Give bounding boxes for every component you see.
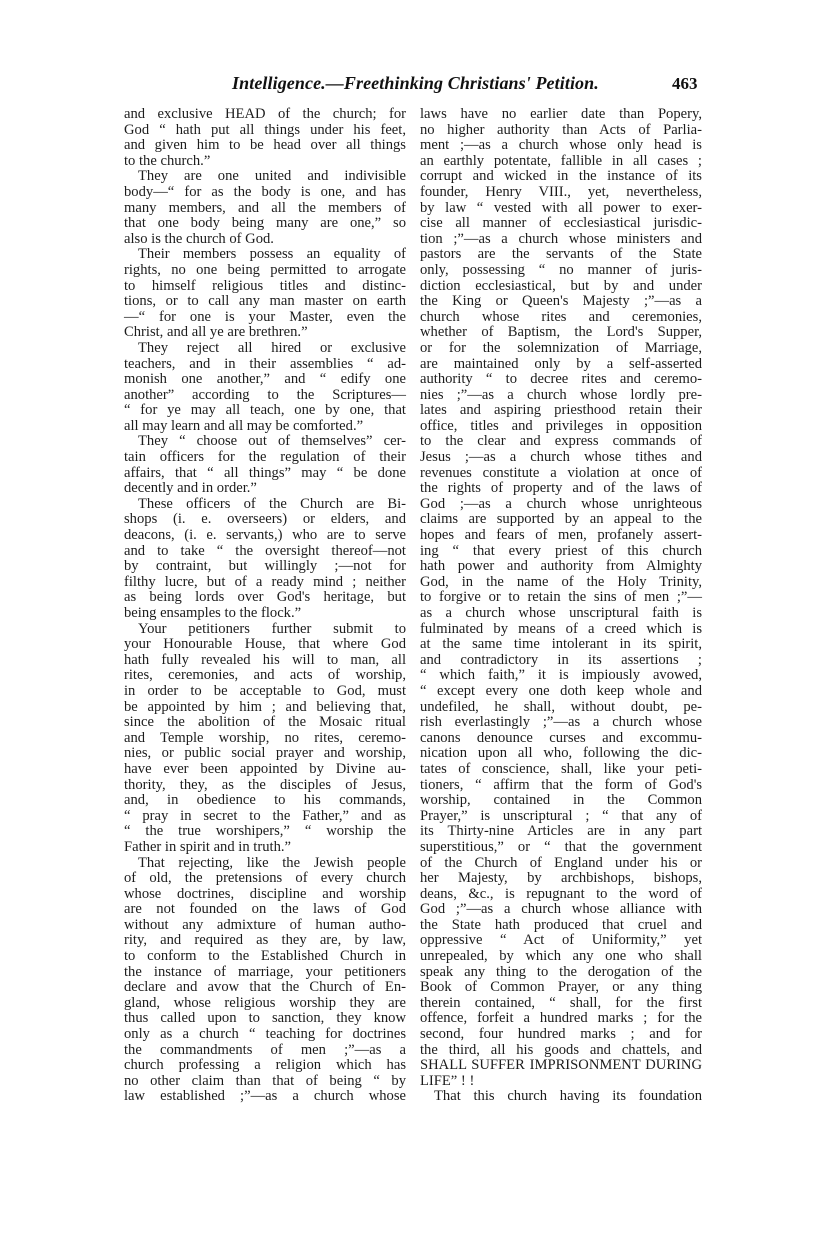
text-line: cise all manner of ecclesiastical jurisd… [420, 216, 702, 232]
text-line: Father in spirit and in truth.” [124, 840, 406, 856]
text-line: to himself religious titles and distinc- [124, 279, 406, 295]
text-line: They “ choose out of themselves” cer- [124, 434, 406, 450]
text-line: teachers, and in their assemblies “ ad- [124, 357, 406, 373]
text-line: That rejecting, like the Jewish people [124, 856, 406, 872]
text-line: body—“ for as the body is one, and has [124, 185, 406, 201]
text-line: thus called upon to sanction, they know [124, 1011, 406, 1027]
scanned-page: Intelligence.—Freethinking Christians' P… [0, 0, 825, 1240]
text-line: nication upon all who, following the dic… [420, 746, 702, 762]
text-line: undefiled, he shall, without doubt, pe- [420, 700, 702, 716]
running-title: Intelligence.—Freethinking Christians' P… [232, 73, 599, 94]
text-line: pastors are the servants of the State [420, 247, 702, 263]
text-line: revenues constitute a violation at once … [420, 466, 702, 482]
text-line: church professing a religion which has [124, 1058, 406, 1074]
text-line: They are one united and indivisible [124, 169, 406, 185]
text-line: tain officers for the regulation of thei… [124, 450, 406, 466]
text-line: tates of conscience, shall, like your pe… [420, 762, 702, 778]
text-line: “ except every one doth keep whole and [420, 684, 702, 700]
text-line: of old, the pretensions of every church [124, 871, 406, 887]
text-line: deacons, (i. e. servants,) who are to se… [124, 528, 406, 544]
text-line: That this church having its foundation [420, 1089, 702, 1105]
text-line: tioners, “ affirm that the form of God's [420, 778, 702, 794]
text-line: hath power and authority from Almighty [420, 559, 702, 575]
text-line: nies, or public social prayer and worshi… [124, 746, 406, 762]
text-line: also is the church of God. [124, 232, 406, 248]
text-line: law established ;”—as a church whose [124, 1089, 406, 1105]
text-line: and contradictory in its assertions ; [420, 653, 702, 669]
text-line: to conform to the Established Church in [124, 949, 406, 965]
text-line: and, in obedience to his commands, [124, 793, 406, 809]
text-line: as being lords over God's heritage, but [124, 590, 406, 606]
text-line: rity, and required as they are, by law, [124, 933, 406, 949]
text-line: only as a church “ teaching for doctrine… [124, 1027, 406, 1043]
text-line: “ which faith,” it is impiously avowed, [420, 668, 702, 684]
text-line: only, possessing “ no manner of juris- [420, 263, 702, 279]
text-line: decently and in order.” [124, 481, 406, 497]
text-line: Their members possess an equality of [124, 247, 406, 263]
text-line: affairs, that “ all things” may “ be don… [124, 466, 406, 482]
text-line: and given him to be head over all things [124, 138, 406, 154]
text-line: your Honourable House, that where God [124, 637, 406, 653]
text-line: LIFE” ! ! [420, 1074, 702, 1090]
text-line: whose doctrines, discipline and worship [124, 887, 406, 903]
text-line: another” according to the Scriptures— [124, 388, 406, 404]
text-line: to forgive or to retain the sins of men … [420, 590, 702, 606]
text-line: tion ;”—as a church whose ministers and [420, 232, 702, 248]
text-line: SHALL SUFFER IMPRISONMENT DURING [420, 1058, 702, 1074]
text-line: canons denounce curses and excommu- [420, 731, 702, 747]
text-line: and exclusive HEAD of the church; for [124, 107, 406, 123]
text-line: the rights of property and of the laws o… [420, 481, 702, 497]
text-line: have ever been appointed by Divine au- [124, 762, 406, 778]
text-line: no higher authority than Acts of Parlia- [420, 123, 702, 139]
text-line: the commandments of men ;”—as a [124, 1043, 406, 1059]
text-line: are maintained only by a self-asserted [420, 357, 702, 373]
text-line: without any admixture of human autho- [124, 918, 406, 934]
text-line: Your petitioners further submit to [124, 622, 406, 638]
text-line: Book of Common Prayer, or any thing [420, 980, 702, 996]
text-line: “ the true worshipers,” “ worship the [124, 824, 406, 840]
text-line: lates and aspiring priesthood retain the… [420, 403, 702, 419]
text-line: of the Church of England under his or [420, 856, 702, 872]
text-line: diction ecclesiastical, but by and under [420, 279, 702, 295]
text-line: all may learn and all may be comforted.” [124, 419, 406, 435]
text-line: by contraint, but willingly ;—not for [124, 559, 406, 575]
text-line: by law “ vested with all power to exer- [420, 201, 702, 217]
text-line: as a church whose unscriptural faith is [420, 606, 702, 622]
text-line: God ;—as a church whose unrighteous [420, 497, 702, 513]
text-line: unrepealed, by which any one who shall [420, 949, 702, 965]
text-line: fulminated by means of a creed which is [420, 622, 702, 638]
text-line: and to take “ the oversight thereof—not [124, 544, 406, 560]
text-line: They reject all hired or exclusive [124, 341, 406, 357]
text-line: Prayer,” is unscriptural ; “ that any of [420, 809, 702, 825]
text-line: an earthly potentate, fallible in all ca… [420, 154, 702, 170]
text-line: are not founded on the laws of God [124, 902, 406, 918]
text-line: Christ, and all ye are brethren.” [124, 325, 406, 341]
text-line: —“ for one is your Master, even the [124, 310, 406, 326]
text-line: filthy lucre, but of a ready mind ; neit… [124, 575, 406, 591]
text-line: tions, or to call any man master on eart… [124, 294, 406, 310]
text-line: gland, whose religious worship they are [124, 996, 406, 1012]
text-line: second, four hundred marks ; and for [420, 1027, 702, 1043]
text-line: monish one another,” and “ edify one [124, 372, 406, 388]
text-line: declare and avow that the Church of En- [124, 980, 406, 996]
text-line: laws have no earlier date than Popery, [420, 107, 702, 123]
text-line: rights, no one being permitted to arroga… [124, 263, 406, 279]
text-line: and Temple worship, no rites, ceremo- [124, 731, 406, 747]
text-line: God ;”—as a church whose alliance with [420, 902, 702, 918]
text-line: nies ;”—as a church whose lordly pre- [420, 388, 702, 404]
text-line: hopes and fears of men, profanely assert… [420, 528, 702, 544]
text-line: to the clear and express commands of [420, 434, 702, 450]
text-line: thority, they, as the disciples of Jesus… [124, 778, 406, 794]
text-line: Jesus ;—as a church whose tithes and [420, 450, 702, 466]
text-line: to the church.” [124, 154, 406, 170]
text-line: rish everlastingly ;”—as a church whose [420, 715, 702, 731]
text-line: worship, contained in the Common [420, 793, 702, 809]
text-line: being ensamples to the flock.” [124, 606, 406, 622]
text-line: whether of Baptism, the Lord's Supper, [420, 325, 702, 341]
text-line: God, in the name of the Holy Trinity, [420, 575, 702, 591]
text-line: hath fully revealed his will to man, all [124, 653, 406, 669]
text-line: speak any thing to the derogation of the [420, 965, 702, 981]
text-line: her Majesty, by archbishops, bishops, [420, 871, 702, 887]
left-column: and exclusive HEAD of the church; forGod… [124, 107, 406, 1105]
text-line: “ for ye may all teach, one by one, that [124, 403, 406, 419]
text-line: that one body being many are one,” so [124, 216, 406, 232]
text-line: authority “ to decree rites and ceremo- [420, 372, 702, 388]
text-line: shops (i. e. overseers) or elders, and [124, 512, 406, 528]
text-line: at the same time intolerant in its spiri… [420, 637, 702, 653]
text-line: corrupt and wicked in the instance of it… [420, 169, 702, 185]
text-line: ing “ that every priest of this church [420, 544, 702, 560]
text-line: ment ;—as a church whose only head is [420, 138, 702, 154]
text-line: church whose rites and ceremonies, [420, 310, 702, 326]
page-number: 463 [672, 74, 698, 94]
text-line: offence, forfeit a hundred marks ; for t… [420, 1011, 702, 1027]
text-line: “ pray in secret to the Father,” and as [124, 809, 406, 825]
text-line: no other claim than that of being “ by [124, 1074, 406, 1090]
text-line: the King or Queen's Majesty ;”—as a [420, 294, 702, 310]
text-line: be appointed by him ; and believing that… [124, 700, 406, 716]
text-line: the State hath produced that cruel and [420, 918, 702, 934]
text-line: founder, Henry VIII., yet, nevertheless, [420, 185, 702, 201]
text-line: its Thirty-nine Articles are in any part [420, 824, 702, 840]
text-line: rites, ceremonies, and acts of worship, [124, 668, 406, 684]
text-line: oppressive “ Act of Uniformity,” yet [420, 933, 702, 949]
right-column: laws have no earlier date than Popery,no… [420, 107, 702, 1105]
text-line: the instance of marriage, your petitione… [124, 965, 406, 981]
text-line: deans, &c., is repugnant to the word of [420, 887, 702, 903]
text-line: since the abolition of the Mosaic ritual [124, 715, 406, 731]
text-line: God “ hath put all things under his feet… [124, 123, 406, 139]
text-line: These officers of the Church are Bi- [124, 497, 406, 513]
text-line: therein contained, “ shall, for the firs… [420, 996, 702, 1012]
text-line: office, titles and privileges in opposit… [420, 419, 702, 435]
text-line: in order to be acceptable to God, must [124, 684, 406, 700]
text-line: many members, and all the members of [124, 201, 406, 217]
text-line: the third, all his goods and chattels, a… [420, 1043, 702, 1059]
text-line: or for the solemnization of Marriage, [420, 341, 702, 357]
text-line: claims are supported by an appeal to the [420, 512, 702, 528]
text-line: superstitious,” or “ that the government [420, 840, 702, 856]
